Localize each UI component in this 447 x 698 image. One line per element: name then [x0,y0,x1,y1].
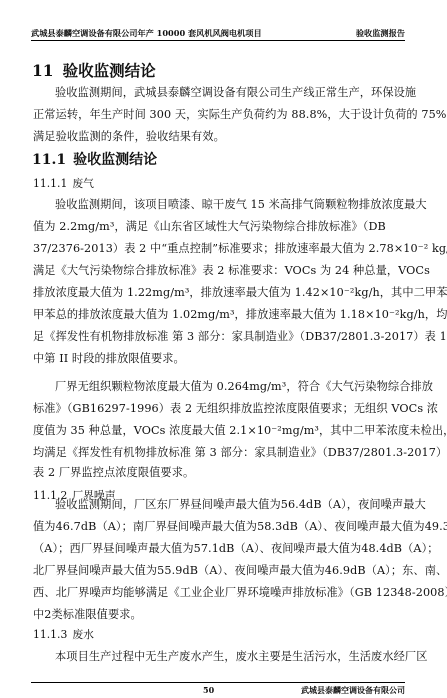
header-report-type: 验收监测报告 [356,28,405,39]
section-heading: 11.1验收监测结论 [32,149,157,169]
subsection-heading-wastewater: 11.1.3废水 [33,627,94,642]
paragraph-line: 均满足《挥发性有机物排放标准 第 3 部分：家具制造业》（DB37/2801.3… [33,446,397,460]
subsection-number: 11.1.3 [33,628,67,641]
paragraph-line: 标准》（GB16297-1996）表 2 无组织排放监控浓度限值要求；无组织 V… [33,402,397,416]
paragraph-line: （A）；西厂界昼间噪声最大值为57.1dB（A）、夜间噪声最大值为48.4dB（… [33,542,397,556]
subsection-title: 废气 [72,177,94,190]
header-project-title: 武城县泰麟空调设备有限公司年产 10000 套风机风阀电机项目 [31,28,262,39]
page-number: 50 [203,685,214,695]
paragraph-line: 西、北厂界噪声均能够满足《工业企业厂界环境噪声排放标准》（GB 12348-20… [33,586,397,600]
paragraph-line: 正常运转，年生产时间 300 天，实际生产负荷约为 88.8%，大于设计负荷的 … [33,108,397,122]
paragraph-line: 足《挥发性有机物排放标准 第 3 部分：家具制造业》（DB37/2801.3-2… [33,330,397,344]
paragraph-line: 北厂界昼间噪声最大值为55.9dB（A）、夜间噪声最大值为46.9dB（A）；东… [33,564,397,578]
paragraph-line: 中2类标准限值要求。 [33,608,397,622]
chapter-number: 11 [32,61,54,80]
subsection-title: 废水 [72,628,94,641]
footer-company: 武城县泰麟空调设备有限公司 [301,685,405,696]
paragraph-line: 表 2 厂界监控点浓度限值要求。 [33,466,397,480]
paragraph-line: 值为 2.2mg/m³，满足《山东省区域性大气污染物综合排放标准》（DB [33,220,397,234]
section-title: 验收监测结论 [73,152,157,168]
paragraph-line: 37/2376-2013）表 2 中“重点控制”标准要求；排放速率最大值为 2.… [33,242,397,256]
paragraph-line: 验收监测期间，武城县泰麟空调设备有限公司生产线正常生产，环保设施 [55,86,397,100]
paragraph-line: 验收监测期间，厂区东厂界昼间噪声最大值为56.4dB（A），夜间噪声最大 [55,498,397,512]
subsection-number: 11.1.1 [33,177,67,190]
paragraph-line: 厂界无组织颗粒物浓度最大值为 0.264mg/m³，符合《大气污染物综合排放 [55,380,397,394]
paragraph-line: 本项目生产过程中无生产废水产生，废水主要是生活污水，生活废水经厂区 [55,650,397,664]
paragraph-line: 验收监测期间，该项目喷漆、晾干废气 15 米高排气筒颗粒物排放浓度最大 [55,198,397,212]
subsection-heading-waste-gas: 11.1.1废气 [33,176,94,191]
page-footer: 50 武城县泰麟空调设备有限公司 [31,682,405,697]
paragraph-line: 甲苯总的排放浓度最大值为 1.02mg/m³，排放速率最大值为 1.18×10⁻… [33,308,397,322]
paragraph-line: 度值为 35 种总量，VOCs 浓度最大值 2.1×10⁻²mg/m³，其中二甲… [33,424,397,438]
page-header: 武城县泰麟空调设备有限公司年产 10000 套风机风阀电机项目 验收监测报告 [31,27,405,41]
chapter-heading: 11验收监测结论 [32,59,156,81]
chapter-title: 验收监测结论 [63,61,156,80]
section-number: 11.1 [32,152,66,168]
paragraph-line: 中第 II 时段的排放限值要求。 [33,352,397,366]
paragraph-line: 值为46.7dB（A）；南厂界昼间噪声最大值为58.3dB（A）、夜间噪声最大值… [33,520,397,534]
paragraph-line: 满足验收监测的条件，验收结果有效。 [33,130,397,144]
paragraph-line: 排放浓度最大值为 1.22mg/m³，排放速率最大值为 1.42×10⁻²kg/… [33,286,397,300]
paragraph-line: 满足《大气污染物综合排放标准》表 2 标准要求：VOCs 为 24 种总量，VO… [33,264,397,278]
